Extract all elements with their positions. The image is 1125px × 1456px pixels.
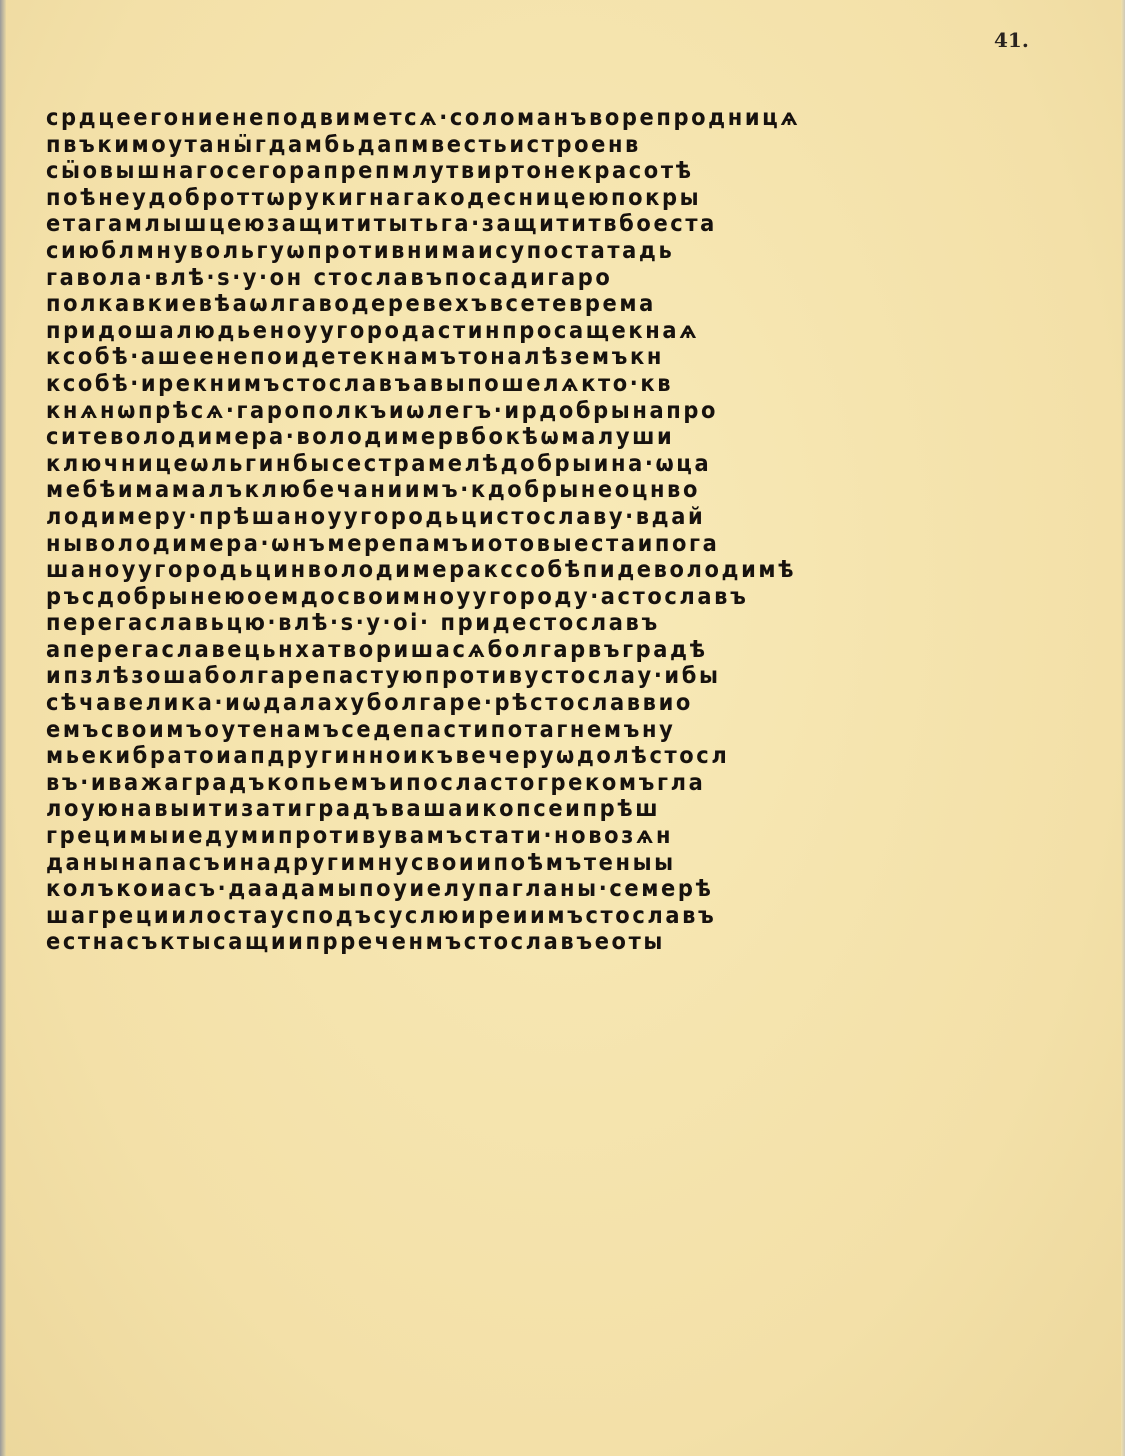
manuscript-page: 41. срдцеегониенеподвиметсѧ·соломанъворе… (0, 0, 1125, 1456)
text-line: емъсвоимъоутенамъседепастипотагнемъну (46, 714, 1021, 744)
text-line: мьекибратоиапдругинноикъвечеруѡдолѣстосл (46, 741, 1021, 771)
text-line: грецимыиедумипротивувамъстати·новозѧн (46, 820, 1021, 850)
text-line: гавола·влѣ·ѕ·у·он стославъпосадигаро (46, 262, 1021, 292)
text-line: етагамлышцеюзащититытьга·защититвбоеста (46, 209, 1021, 239)
text-line: полкавкиевѣаѡлгаводеревехъвсетеврема (46, 289, 1021, 319)
page-right-edge (1121, 0, 1125, 1456)
text-line: лодимеру·прѣшаноуугородьцистославу·вдай (46, 501, 1021, 531)
text-line: шаноуугородьцинволодимеракссобѣпидеволод… (46, 554, 1021, 584)
text-line: ныволодимера·ѡнъмерепамъиотовыестаипога (46, 528, 1021, 558)
page-number: 41. (994, 28, 1029, 52)
text-line: сиюблмнувольгуѡпротивнимаисупостатадь (46, 235, 1021, 265)
text-line: пвъкимоутанӹгдамбьдапмвестьистроенв (46, 129, 1021, 159)
text-line: колъкоиасъ·даадамыпоуиелупагланы·семерѣ (46, 874, 1021, 904)
text-line: ксобѣ·ирекнимъстославъавыпошелѧкто·кв (46, 368, 1021, 398)
text-line: естнасъктысащиипрреченмъстославъеоты (46, 927, 1021, 957)
text-line: лоуюнавыитизатиградъвашаикопсеипрѣш (46, 794, 1021, 824)
text-line: данынапасъинадругимнусвоиипоѣмътеныы (46, 847, 1021, 877)
manuscript-text-block: срдцеегониенеподвиметсѧ·соломанъворепрод… (46, 104, 1021, 955)
text-line: сѣчавелика·иѡдалахуболгаре·рѣстославвио (46, 687, 1021, 717)
text-line: сӹовышнагосегорапрепмлутвиртонекрасотѣ (46, 156, 1021, 186)
text-line: мебѣимамалъклюбечаниимъ·кдобрынеоцнво (46, 475, 1021, 505)
text-line: ситеволодимера·володимервбокѣѡмалуши (46, 422, 1021, 452)
page-left-edge (0, 0, 6, 1456)
text-line: кнѧнѡпрѣсѧ·гарополкъиѡлегъ·ирдобрынапро (46, 395, 1021, 425)
text-line: перегаславьцю·влѣ·ѕ·у·оі· придестославъ (46, 608, 1021, 638)
text-line: ипзлѣзошаболгарепастуюпротивустослау·ибы (46, 661, 1021, 691)
text-line: ксобѣ·ашеенепоидетекнамътоналѣземъкн (46, 342, 1021, 372)
text-line: срдцеегониенеподвиметсѧ·соломанъворепрод… (46, 102, 1021, 132)
